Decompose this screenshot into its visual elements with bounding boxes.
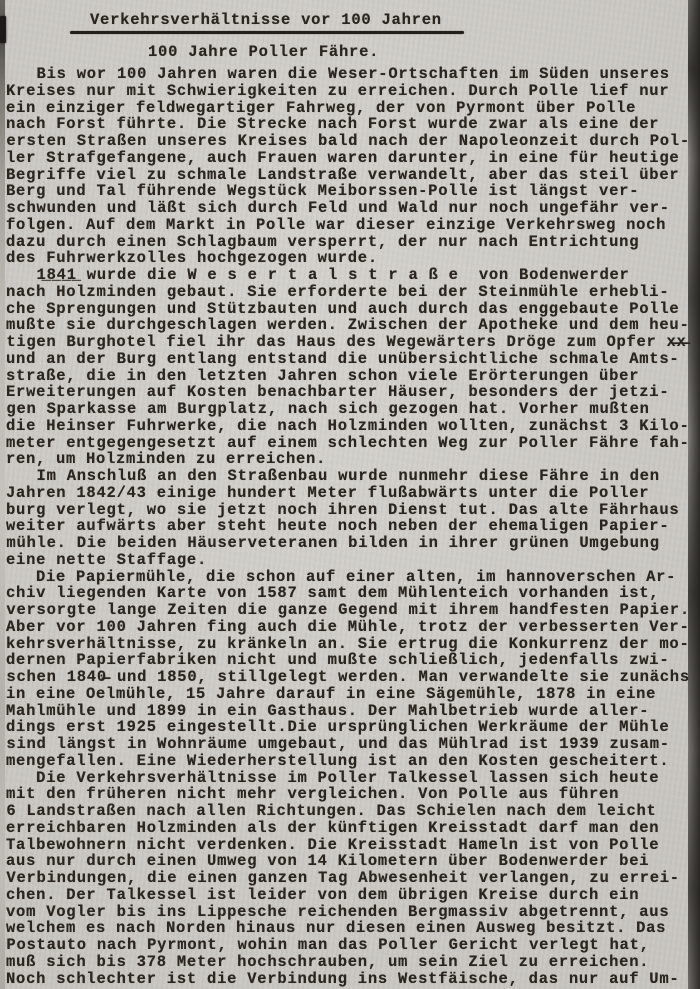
text-line: meter entgegengesetzt auf einem schlecht… bbox=[6, 435, 692, 452]
text-line: kehrsverhältnisse, zu kränkeln an. Sie e… bbox=[6, 636, 692, 653]
text-line: weiter aufwärts aber steht heute noch ne… bbox=[6, 518, 692, 535]
text-line: ersten Straßen unseres Kreises bald nach… bbox=[6, 133, 692, 150]
text-line: Berg und Tal führende Wegstück Meiborsse… bbox=[6, 183, 692, 200]
text-line: gen Sparkasse am Burgplatz, nach sich ge… bbox=[6, 401, 692, 418]
text-line: versorgte lange Zeiten die ganze Gegend … bbox=[6, 602, 692, 619]
text-line: Bis wor 100 Jahren waren die Weser-Ortsc… bbox=[6, 66, 692, 83]
text-line: Verbindungen, die einen ganzen Tag Abwes… bbox=[6, 870, 692, 887]
scanned-document-page: Verkehrsverhältnisse vor 100 Jahren 100 … bbox=[0, 0, 700, 989]
text-line: dernen Papierfabriken nicht und mußte sc… bbox=[6, 652, 692, 669]
text-line: tigen Burghotel fiel ihr das Haus des We… bbox=[6, 334, 692, 351]
text-line: Postauto nach Pyrmont, wohin man das Pol… bbox=[6, 937, 692, 954]
document-content: Verkehrsverhältnisse vor 100 Jahren 100 … bbox=[6, 10, 692, 987]
text-line: Erweiterungen auf Kosten benachbarter Hä… bbox=[6, 384, 692, 401]
text-line: straße, die in den letzten Jahren schon … bbox=[6, 368, 692, 385]
text-line: dings erst 1925 eingestellt.Die ursprüng… bbox=[6, 719, 692, 736]
text-line: des Fuhrwerkzolles hochgezogen wurde. bbox=[6, 250, 692, 267]
text-line: ein einziger feldwegartiger Fahrweg, der… bbox=[6, 100, 692, 117]
text-line: mühle. Die beiden Häuserveteranen bilden… bbox=[6, 535, 692, 552]
text-line: 1̲8̲4̲1̲ wurde die W e s e r t a l s t r… bbox=[6, 267, 692, 284]
text-line: Aber vor 100 Jahren fing auch die Mühle,… bbox=[6, 619, 692, 636]
text-line: schen 1840̶ und 1850, stillgelegt werden… bbox=[6, 669, 692, 686]
text-line: che Sprengungen und Stützbauten und auch… bbox=[6, 301, 692, 318]
page-title: Verkehrsverhältnisse vor 100 Jahren bbox=[6, 10, 692, 30]
text-line: Im Anschluß an den Straßenbau wurde nunm… bbox=[6, 468, 692, 485]
text-line: dazu durch einen Schlagbaum versperrt, d… bbox=[6, 234, 692, 251]
text-line: nach Holzminden gebaut. Sie erforderte b… bbox=[6, 284, 692, 301]
text-line: Talbewohnern nicht verdenken. Die Kreiss… bbox=[6, 837, 692, 854]
text-line: mit den früheren nicht mehr vergleichen.… bbox=[6, 786, 692, 803]
text-line: ren, um Holzminden zu erreichen. bbox=[6, 451, 692, 468]
text-line: nach Forst führte. Die Strecke nach Fors… bbox=[6, 116, 692, 133]
text-line: Jahren 1842/43 einige hundert Meter fluß… bbox=[6, 485, 692, 502]
page-subtitle: 100 Jahre Poller Fähre. bbox=[6, 43, 692, 61]
text-line: sind längst in Wohnräume umgebaut, und d… bbox=[6, 736, 692, 753]
text-line: erreichbaren Holzminden als der künftige… bbox=[6, 820, 692, 837]
text-line: vom Vogler bis ins Lippesche reichenden … bbox=[6, 904, 692, 921]
text-line: und an der Burg entlang entstand die unü… bbox=[6, 351, 692, 368]
text-line: schwunden und läßt sich durch Feld und W… bbox=[6, 200, 692, 217]
text-line: die Heinser Fuhrwerke, die nach Holzmind… bbox=[6, 418, 692, 435]
text-line: Mahlmühle und 1899 in ein Gasthaus. Der … bbox=[6, 703, 692, 720]
text-line: in eine Oelmühle, 15 Jahre darauf in ein… bbox=[6, 686, 692, 703]
scan-edge-left bbox=[0, 0, 5, 989]
text-line: aus nur durch einen Umweg von 14 Kilomet… bbox=[6, 853, 692, 870]
text-line: welchem es nach Norden hinaus nur diesen… bbox=[6, 920, 692, 937]
text-line: ler Strafgefangene, auch Frauen waren da… bbox=[6, 150, 692, 167]
text-line: 6 Landstraßen nach allen Richtungen. Das… bbox=[6, 803, 692, 820]
text-line: Die Verkehrsverhältnisse im Poller Talke… bbox=[6, 770, 692, 787]
text-line: folgen. Auf dem Markt in Polle war diese… bbox=[6, 217, 692, 234]
text-line: muß sich bis 378 Meter hochschrauben, um… bbox=[6, 954, 692, 971]
text-line: burg verlegt, wo sie jetzt noch ihren Di… bbox=[6, 502, 692, 519]
text-line: Noch schlechter ist die Verbindung ins W… bbox=[6, 971, 692, 988]
document-body: Bis wor 100 Jahren waren die Weser-Ortsc… bbox=[6, 66, 692, 987]
text-line: Die Papiermühle, die schon auf einer alt… bbox=[6, 569, 692, 586]
text-line: chen. Der Talkessel ist leider von dem ü… bbox=[6, 887, 692, 904]
text-line: chiv liegenden Karte von 1587 samt dem M… bbox=[6, 585, 692, 602]
text-line: mußte sie durchgeschlagen werden. Zwisch… bbox=[6, 317, 692, 334]
text-line: Begriffe viel zu schmale Landstraße verw… bbox=[6, 167, 692, 184]
text-line: eine nette Staffage. bbox=[6, 552, 692, 569]
text-line: mengefallen. Eine Wiederherstellung ist … bbox=[6, 753, 692, 770]
text-line: Kreises nur mit Schwierigkeiten zu errei… bbox=[6, 83, 692, 100]
